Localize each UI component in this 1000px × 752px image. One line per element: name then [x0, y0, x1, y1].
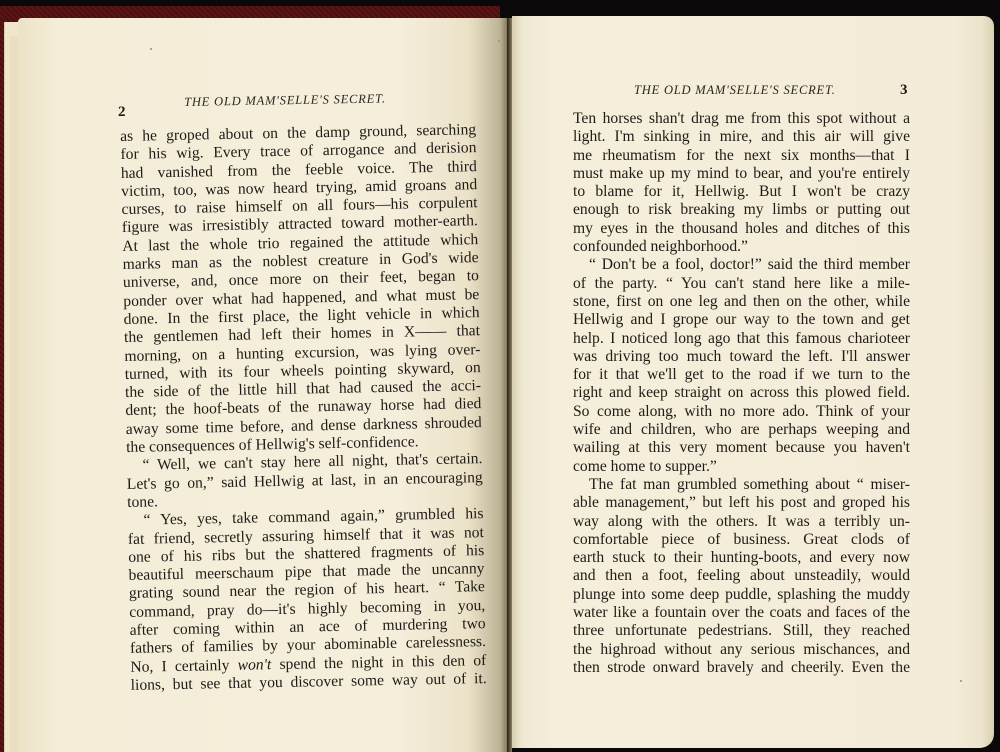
- text-line: for it that we'll get to the road if we …: [573, 366, 910, 384]
- right-page-text: Ten horses shan't drag me from this spot…: [573, 110, 910, 677]
- left-page-text: as he groped about on the damp ground, s…: [120, 121, 487, 695]
- text-fragment: No, I certainly: [130, 657, 229, 676]
- paper-speck: [150, 48, 152, 50]
- running-head-right: THE OLD MAM'SELLE'S SECRET.: [634, 83, 836, 98]
- text-line: light. I'm sinking in mire, and this air…: [573, 128, 910, 146]
- text-line: right and keep straight on across this p…: [573, 384, 910, 402]
- text-line: comfortable piece of business. Great clo…: [573, 531, 910, 549]
- text-line: to blame for it, Hellwig. But I won't be…: [573, 183, 910, 201]
- text-line: then strode onward bravely and cheerily.…: [573, 659, 910, 677]
- paper-speck: [960, 680, 962, 682]
- text-line: The fat man grumbled something about “ m…: [573, 476, 910, 494]
- text-line: water like a fountain over the coats and…: [573, 604, 910, 622]
- paper-speck: [824, 667, 826, 669]
- text-line: was driving too much toward the left. I'…: [573, 348, 910, 366]
- text-line: plunge into some deep puddle, splashing …: [573, 586, 910, 604]
- text-line: enough to risk breaking my limbs or putt…: [573, 201, 910, 219]
- text-line: and then a foot, feeling about unsteadil…: [573, 567, 910, 585]
- text-line: me rheumatism for the next six months—th…: [573, 147, 910, 165]
- text-line: of the party. “ You can't stand here lik…: [573, 275, 910, 293]
- text-line: way along with the others. It was a terr…: [573, 513, 910, 531]
- text-line: Hellwig and I grope our way to the town …: [573, 311, 910, 329]
- page-number-right: 3: [900, 82, 908, 99]
- text-line: wailing at this very moment because you …: [573, 439, 910, 457]
- italic-emphasis: won't: [237, 656, 271, 674]
- text-line: must make up my mind to bear, and you're…: [573, 165, 910, 183]
- text-line: earth stuck to their hunting-boots, and …: [573, 549, 910, 567]
- text-line: Ten horses shan't drag me from this spot…: [573, 110, 910, 128]
- text-line: So come along, with no more ado. Think o…: [573, 403, 910, 421]
- text-line: my eyes in the thousand holes and ditche…: [573, 220, 910, 238]
- text-line: the highroad without any serious mischan…: [573, 641, 910, 659]
- text-line: “ Don't be a fool, doctor!” said the thi…: [573, 256, 910, 274]
- book-gutter: [507, 18, 512, 752]
- text-line: help. I noticed long ago that this famou…: [573, 330, 910, 348]
- text-line: come home to supper.”: [573, 458, 910, 476]
- text-line: wife and children, who are perhaps weepi…: [573, 421, 910, 439]
- text-line: able management,” but left his post and …: [573, 494, 910, 512]
- text-fragment: spend the night in this den of: [279, 652, 486, 673]
- paper-speck: [498, 40, 500, 42]
- page-number-left: 2: [118, 104, 126, 121]
- text-line: confounded neighborhood.”: [573, 238, 910, 256]
- text-line: three unfortunate pedestrians. Still, th…: [573, 622, 910, 640]
- text-line: stone, first on one leg and then on the …: [573, 293, 910, 311]
